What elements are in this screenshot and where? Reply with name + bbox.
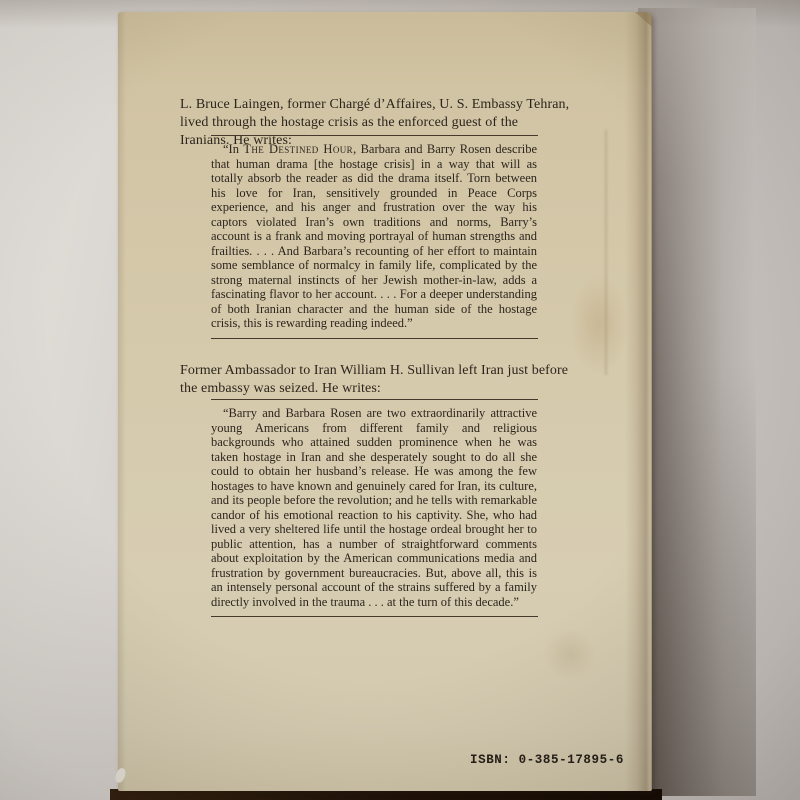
book-cast-shadow bbox=[638, 8, 756, 796]
jacket-fold bbox=[625, 12, 652, 791]
isbn-label: ISBN: 0-385-17895-6 bbox=[470, 753, 624, 767]
bent-corner bbox=[635, 12, 652, 27]
stain bbox=[544, 628, 596, 680]
sullivan-quote: “Barry and Barbara Rosen are two extraor… bbox=[211, 399, 538, 617]
laingen-quote-body: , Barbara and Barry Rosen describe that … bbox=[211, 142, 537, 330]
stain bbox=[570, 274, 628, 374]
jacket-left-edge bbox=[118, 12, 126, 791]
laingen-quote-opening: “In bbox=[223, 142, 243, 156]
sullivan-intro-text: Former Ambassador to Iran William H. Sul… bbox=[180, 362, 570, 398]
laingen-quote: “In The Destined Hour, Barbara and Barry… bbox=[211, 135, 538, 339]
photo-background: L. Bruce Laingen, former Chargé d’Affair… bbox=[0, 0, 800, 800]
book-title-smallcaps: The Destined Hour bbox=[243, 142, 353, 156]
book-back-cover: L. Bruce Laingen, former Chargé d’Affair… bbox=[118, 12, 652, 791]
